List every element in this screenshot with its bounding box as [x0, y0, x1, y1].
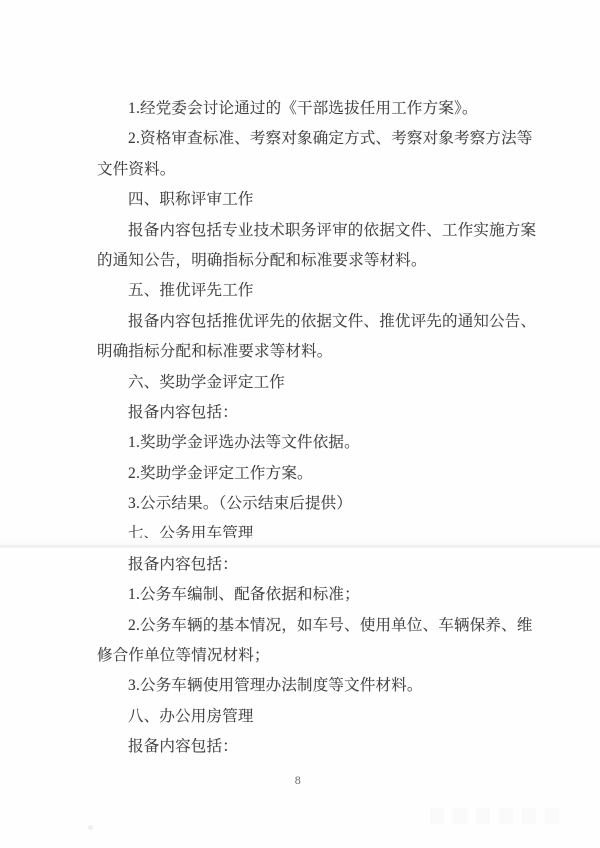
watermark-blob [476, 808, 490, 824]
text-line: 文件资料。 [97, 155, 521, 185]
watermark-blob [499, 808, 513, 824]
text-line: 2.公务车辆的基本情况，如车号、使用单位、车辆保养、维 [97, 611, 521, 641]
text-line: 的通知公告，明确指标分配和标准要求等材料。 [97, 246, 521, 276]
text-line: 3.公示结果。（公示结束后提供） [97, 489, 521, 519]
text-line: 2.奖助学金评定工作方案。 [97, 459, 521, 489]
text-line: 1.经党委会讨论通过的《干部选拔任用工作方案》。 [97, 94, 521, 124]
text-line: 七、公务用车管理 [97, 519, 521, 549]
faint-watermark-artifact [430, 808, 590, 834]
watermark-blob [453, 808, 467, 824]
text-line: 3.公务车辆使用管理办法制度等文件材料。 [97, 671, 521, 701]
text-line: 修合作单位等情况材料； [97, 641, 521, 671]
watermark-blob [522, 808, 536, 824]
scan-speck-artifact [88, 825, 93, 830]
watermark-blob [430, 808, 444, 824]
text-line: 六、奖助学金评定工作 [97, 368, 521, 398]
text-line: 五、推优评先工作 [97, 276, 521, 306]
text-line: 报备内容包括： [97, 732, 521, 762]
text-line: 明确指标分配和标准要求等材料。 [97, 337, 521, 367]
text-line: 报备内容包括： [97, 398, 521, 428]
text-line: 报备内容包括： [97, 550, 521, 580]
text-line: 1.奖助学金评选办法等文件依据。 [97, 428, 521, 458]
text-line: 报备内容包括推优评先的依据文件、推优评先的通知公告、 [97, 307, 521, 337]
document-page: 1.经党委会讨论通过的《干部选拔任用工作方案》。2.资格审查标准、考察对象确定方… [0, 0, 600, 848]
text-line: 1.公务车编制、配备依据和标准； [97, 580, 521, 610]
text-line: 四、职称评审工作 [97, 185, 521, 215]
document-body: 1.经党委会讨论通过的《干部选拔任用工作方案》。2.资格审查标准、考察对象确定方… [97, 94, 521, 763]
watermark-blob [545, 808, 559, 824]
page-number: 8 [0, 773, 596, 788]
text-line: 2.资格审查标准、考察对象确定方式、考察对象考察方法等 [97, 124, 521, 154]
text-line: 八、办公用房管理 [97, 702, 521, 732]
text-line: 报备内容包括专业技术职务评审的依据文件、工作实施方案 [97, 216, 521, 246]
